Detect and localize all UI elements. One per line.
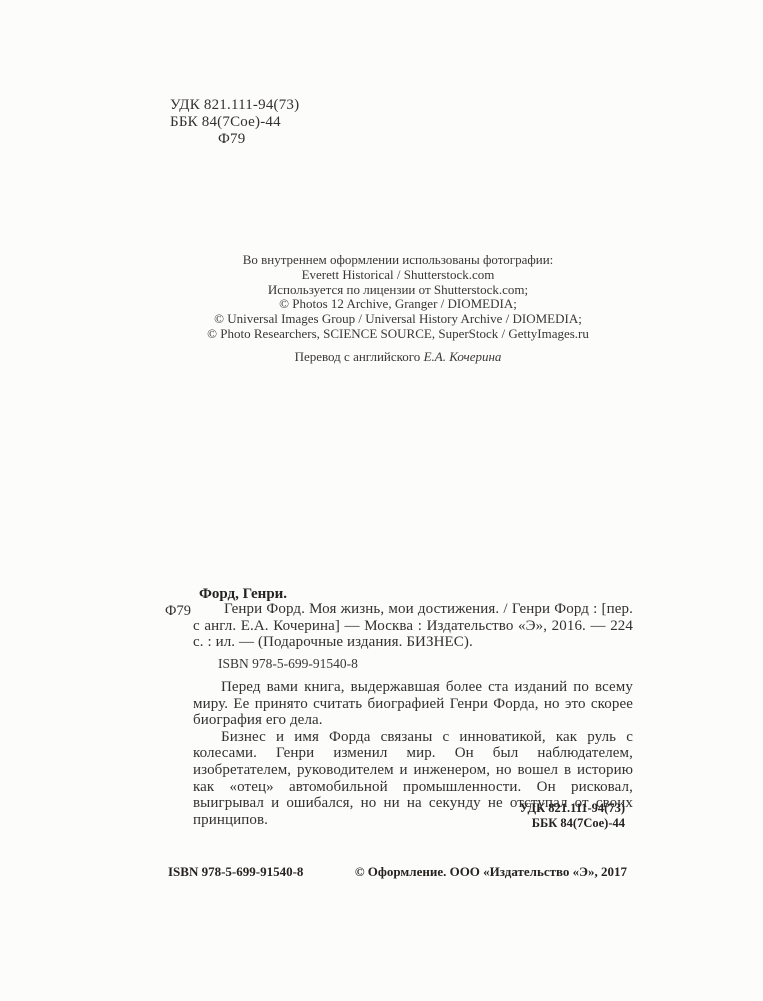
text-column: УДК 821.111-94(73) ББК 84(7Сое)-44 Ф79 В… bbox=[163, 0, 633, 1001]
book-copyright-page: УДК 821.111-94(73) ББК 84(7Сое)-44 Ф79 В… bbox=[0, 0, 763, 1001]
footer-isbn: ISBN 978-5-699-91540-8 bbox=[168, 864, 303, 880]
catalog-isbn: ISBN 978-5-699-91540-8 bbox=[218, 656, 618, 672]
credits-line: © Photo Researchers, SCIENCE SOURCE, Sup… bbox=[163, 327, 633, 342]
credits-line: © Photos 12 Archive, Granger / DIOMEDIA; bbox=[163, 297, 633, 312]
imprint-footer: ISBN 978-5-699-91540-8 © Оформление. ООО… bbox=[163, 864, 633, 880]
udc-number: УДК 821.111-94(73) bbox=[170, 97, 470, 114]
bbk-number-bottom: ББК 84(7Сое)-44 bbox=[163, 816, 625, 831]
annotation-paragraph: Перед вами книга, выдержавшая более ста … bbox=[193, 679, 633, 729]
translation-prefix: Перевод с английского bbox=[295, 349, 424, 364]
translator-name: Е.А. Кочерина bbox=[424, 349, 502, 364]
catalog-description: Генри Форд. Моя жизнь, мои достижения. /… bbox=[193, 601, 633, 651]
credits-line: Everett Historical / Shutterstock.com bbox=[163, 268, 633, 283]
udc-number-bottom: УДК 821.111-94(73) bbox=[163, 801, 625, 816]
photo-credits-block: Во внутреннем оформлении использованы фо… bbox=[163, 253, 633, 342]
credits-line: Во внутреннем оформлении использованы фо… bbox=[163, 253, 633, 268]
footer-copyright: © Оформление. ООО «Издательство «Э», 201… bbox=[355, 864, 627, 880]
bbk-number: ББК 84(7Сое)-44 bbox=[170, 114, 470, 131]
top-classification-block: УДК 821.111-94(73) ББК 84(7Сое)-44 Ф79 bbox=[170, 97, 470, 148]
credits-line: © Universal Images Group / Universal His… bbox=[163, 312, 633, 327]
author-sign: Ф79 bbox=[170, 131, 470, 148]
credits-line: Используется по лицензии от Shutterstock… bbox=[163, 283, 633, 298]
bottom-classification-block: УДК 821.111-94(73) ББК 84(7Сое)-44 bbox=[163, 801, 633, 831]
translation-credit: Перевод с английского Е.А. Кочерина bbox=[163, 349, 633, 365]
